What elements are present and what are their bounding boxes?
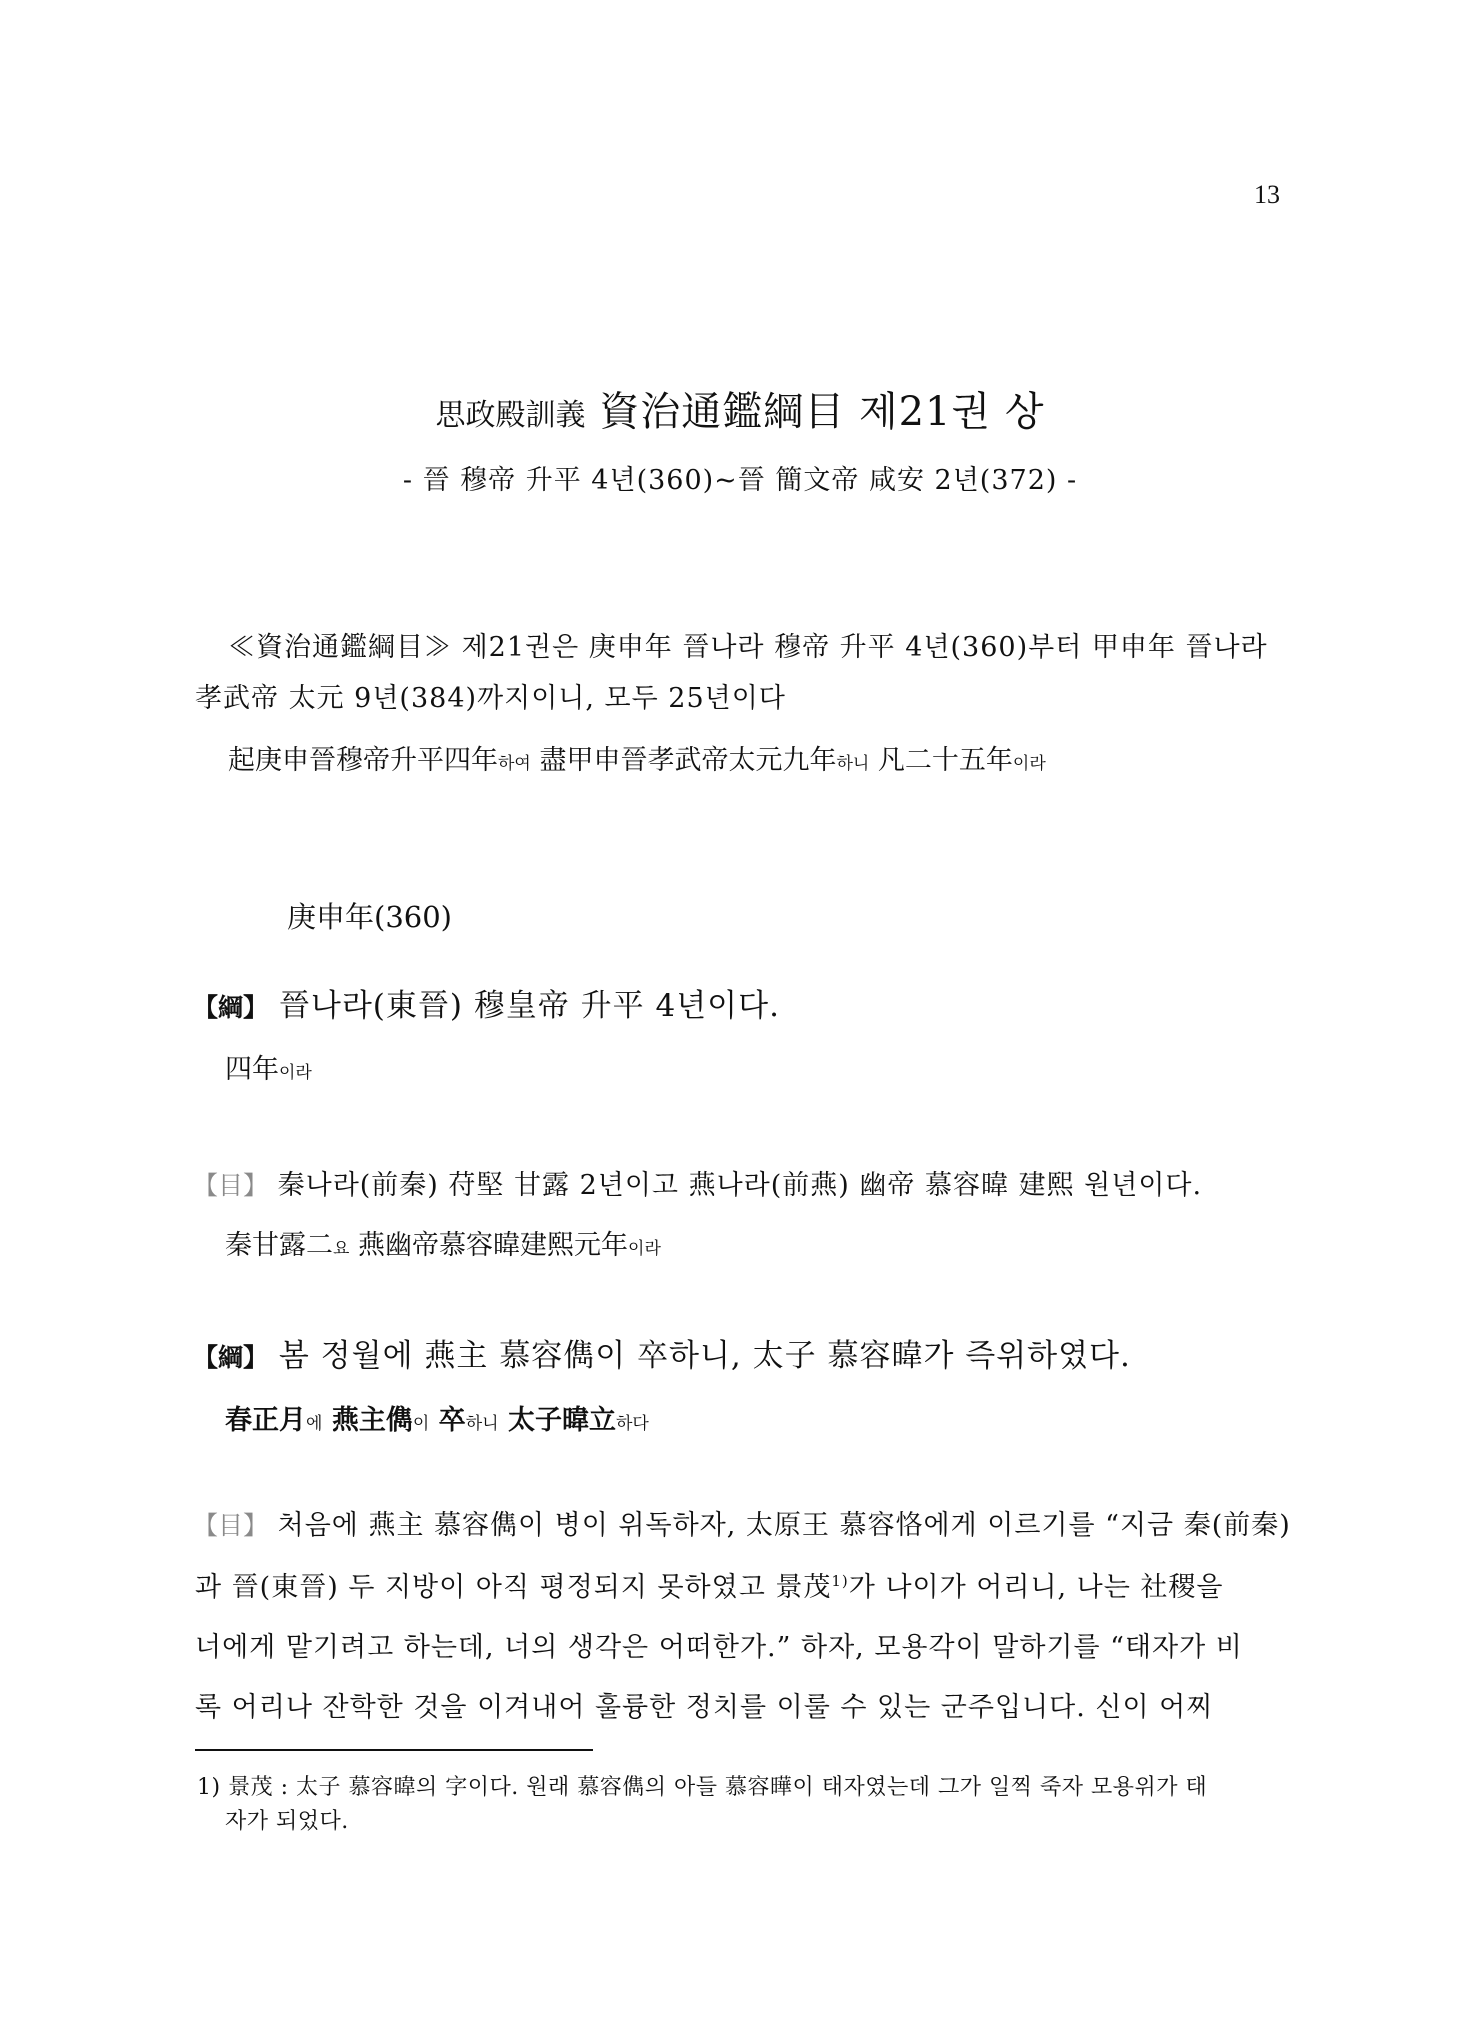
mok-entry-2-line-3: 너에게 맡기려고 하는데, 너의 생각은 어떠한가.” 하자, 모용각이 말하기… xyxy=(195,1625,1243,1664)
footnote-ref[interactable]: 1) xyxy=(831,1572,848,1590)
title-main: 資治通鑑綱目 제21권 상 xyxy=(599,389,1044,435)
hanmun-ending: 요 xyxy=(333,1239,349,1259)
hanmun-segment: 凡二十五年 xyxy=(869,745,1013,776)
gang-hanmun-2: 春正月에 燕主儁이 卒하니 太子暐立하다 xyxy=(225,1398,649,1437)
hanmun-ending: 이라 xyxy=(628,1239,661,1259)
gang-marker: 【綱】 xyxy=(193,993,268,1022)
mok-entry-2-line-2: 과 晉(東晉) 두 지방이 아직 평정되지 못하였고 景茂1)가 나이가 어리니… xyxy=(195,1565,1224,1604)
intro-hanmun: 起庚申晉穆帝升平四年하여 盡甲申晉孝武帝太元九年하니 凡二十五年이라 xyxy=(228,738,1046,777)
hanmun-segment: 燕主儁 xyxy=(322,1405,412,1436)
hanmun-segment: 燕幽帝慕容暐建熙元年 xyxy=(349,1230,628,1261)
mok-entry-2-line-1: 【目】 처음에 燕主 慕容儁이 병이 위독하자, 太原王 慕容恪에게 이르기를 … xyxy=(193,1503,1291,1542)
gang-hanmun-1: 四年이라 xyxy=(225,1047,312,1086)
title-prefix: 思政殿訓義 xyxy=(436,398,586,433)
footnote-1-line-1: 1) 景茂 : 太子 慕容暐의 字이다. 원래 慕容儁의 아들 慕容曄이 태자였… xyxy=(197,1770,1207,1801)
hanmun-segment: 卒 xyxy=(429,1405,465,1436)
hanmun-segment: 秦甘露二 xyxy=(225,1230,333,1261)
hanmun-ending: 하다 xyxy=(616,1414,649,1434)
mok-entry-1: 【目】 秦나라(前秦) 苻堅 甘露 2년이고 燕나라(前燕) 幽帝 慕容暐 建熙… xyxy=(193,1163,1202,1202)
page-title: 思政殿訓義 資治通鑑綱目 제21권 상 xyxy=(0,380,1480,437)
intro-line-2: 孝武帝 太元 9년(384)까지이니, 모두 25년이다 xyxy=(195,676,786,715)
hanmun-ending: 하니 xyxy=(466,1414,499,1434)
intro-line-1: ≪資治通鑑綱目≫ 제21권은 庚申年 晉나라 穆帝 升平 4년(360)부터 甲… xyxy=(228,625,1268,664)
page-subtitle: - 晉 穆帝 升平 4년(360)~晉 簡文帝 咸安 2년(372) - xyxy=(0,458,1480,497)
mok-translation: 秦나라(前秦) 苻堅 甘露 2년이고 燕나라(前燕) 幽帝 慕容暐 建熙 원년이… xyxy=(278,1170,1202,1201)
mok-text: 가 나이가 어리니, 나는 社稷을 xyxy=(849,1572,1224,1603)
hanmun-ending: 이라 xyxy=(279,1063,312,1083)
footnote-label: 1) xyxy=(197,1775,221,1800)
gang-translation: 봄 정월에 燕主 慕容儁이 卒하니, 太子 慕容暐가 즉위하였다. xyxy=(279,1338,1131,1374)
gang-entry-2: 【綱】 봄 정월에 燕主 慕容儁이 卒하니, 太子 慕容暐가 즉위하였다. xyxy=(193,1330,1131,1375)
gang-marker: 【綱】 xyxy=(193,1343,268,1372)
footnote-text: 景茂 : 太子 慕容暐의 字이다. 원래 慕容儁의 아들 慕容曄이 태자였는데 … xyxy=(228,1775,1207,1800)
footnote-1-line-2: 자가 되었다. xyxy=(225,1804,349,1835)
mok-marker: 【目】 xyxy=(193,1171,268,1200)
mok-marker: 【目】 xyxy=(193,1511,268,1540)
mok-text: 처음에 燕主 慕容儁이 병이 위독하자, 太原王 慕容恪에게 이르기를 “지금 … xyxy=(278,1510,1291,1541)
hanmun-ending: 에 xyxy=(306,1414,322,1434)
gang-entry-1: 【綱】 晉나라(東晉) 穆皇帝 升平 4년이다. xyxy=(193,980,780,1025)
mok-text: 과 晉(東晉) 두 지방이 아직 평정되지 못하였고 景茂 xyxy=(195,1572,831,1603)
hanmun-ending: 하여 xyxy=(498,754,531,774)
mok-entry-2-line-4: 록 어리나 잔학한 것을 이겨내어 훌륭한 정치를 이룰 수 있는 군주입니다.… xyxy=(195,1685,1213,1724)
hanmun-ending: 이라 xyxy=(1013,754,1046,774)
year-heading: 庚申年(360) xyxy=(287,895,452,936)
hanmun-segment: 太子暐立 xyxy=(499,1405,616,1436)
hanmun-segment: 盡甲申晉孝武帝太元九年 xyxy=(531,745,837,776)
hanmun-ending: 하니 xyxy=(836,754,869,774)
page-number: 13 xyxy=(1254,180,1280,210)
hanmun-segment: 四年 xyxy=(225,1054,279,1085)
hanmun-ending: 이 xyxy=(413,1414,429,1434)
hanmun-segment: 春正月 xyxy=(225,1405,306,1436)
footnote-divider xyxy=(195,1749,593,1751)
gang-translation: 晉나라(東晉) 穆皇帝 升平 4년이다. xyxy=(279,988,780,1024)
mok-hanmun-1: 秦甘露二요 燕幽帝慕容暐建熙元年이라 xyxy=(225,1223,661,1262)
hanmun-segment: 起庚申晉穆帝升平四年 xyxy=(228,745,498,776)
